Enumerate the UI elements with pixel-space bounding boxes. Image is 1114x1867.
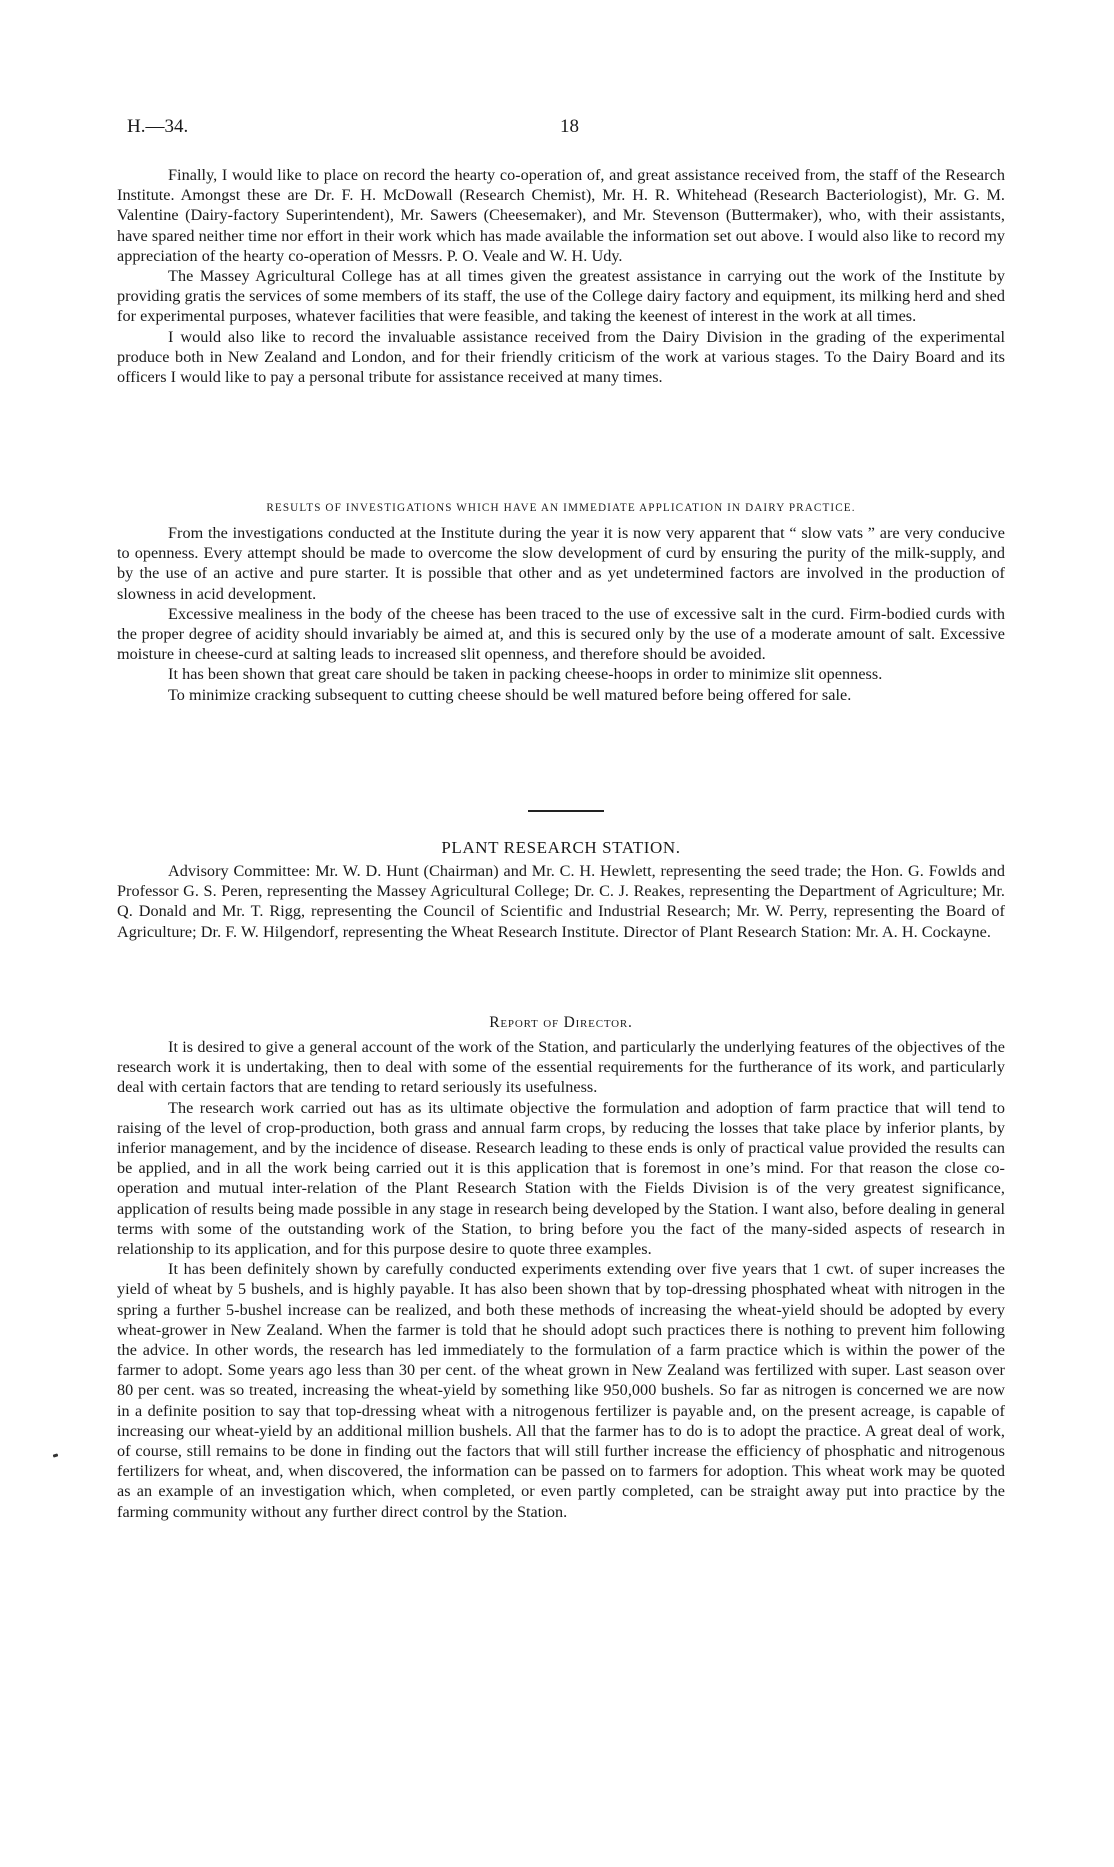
section-divider-rule	[528, 810, 604, 812]
paragraph-advisory-committee: Advisory Committee: Mr. W. D. Hunt (Chai…	[117, 861, 1005, 942]
plant-section-title-block: PLANT RESEARCH STATION.	[117, 838, 1005, 858]
document-id: H.—34.	[127, 116, 188, 138]
running-header: H.—34. 18	[127, 116, 1005, 144]
paragraph-acknowledgement-staff: Finally, I would like to place on record…	[117, 165, 1005, 266]
paragraph-research-objective: The research work carried out has as its…	[117, 1098, 1005, 1260]
advisory-committee-block: Advisory Committee: Mr. W. D. Hunt (Chai…	[117, 861, 1005, 942]
paragraph-cracking: To minimize cracking subsequent to cutti…	[117, 685, 1005, 705]
paragraph-acknowledgement-dairy-division: I would also like to record the invaluab…	[117, 327, 1005, 388]
paragraph-slow-vats: From the investigations conducted at the…	[117, 523, 1005, 604]
paragraph-wheat-example: It has been definitely shown by carefull…	[117, 1259, 1005, 1522]
acknowledgements-block: Finally, I would like to place on record…	[117, 165, 1005, 387]
report-of-director-heading: Report of Director.	[117, 1014, 1005, 1032]
page-number: 18	[560, 116, 579, 138]
results-heading-block: RESULTS OF INVESTIGATIONS WHICH HAVE AN …	[117, 502, 1005, 514]
report-heading-block: Report of Director.	[117, 1014, 1005, 1032]
results-block: From the investigations conducted at the…	[117, 523, 1005, 705]
section-title-plant-research-station: PLANT RESEARCH STATION.	[117, 838, 1005, 858]
paragraph-mealiness: Excessive mealiness in the body of the c…	[117, 604, 1005, 665]
results-heading: RESULTS OF INVESTIGATIONS WHICH HAVE AN …	[117, 502, 1005, 514]
scan-artifact-mark	[53, 1453, 59, 1457]
paragraph-cheese-hoops: It has been shown that great care should…	[117, 664, 1005, 684]
paragraph-report-intro: It is desired to give a general account …	[117, 1037, 1005, 1098]
report-block: It is desired to give a general account …	[117, 1037, 1005, 1522]
paragraph-acknowledgement-massey: The Massey Agricultural College has at a…	[117, 266, 1005, 327]
